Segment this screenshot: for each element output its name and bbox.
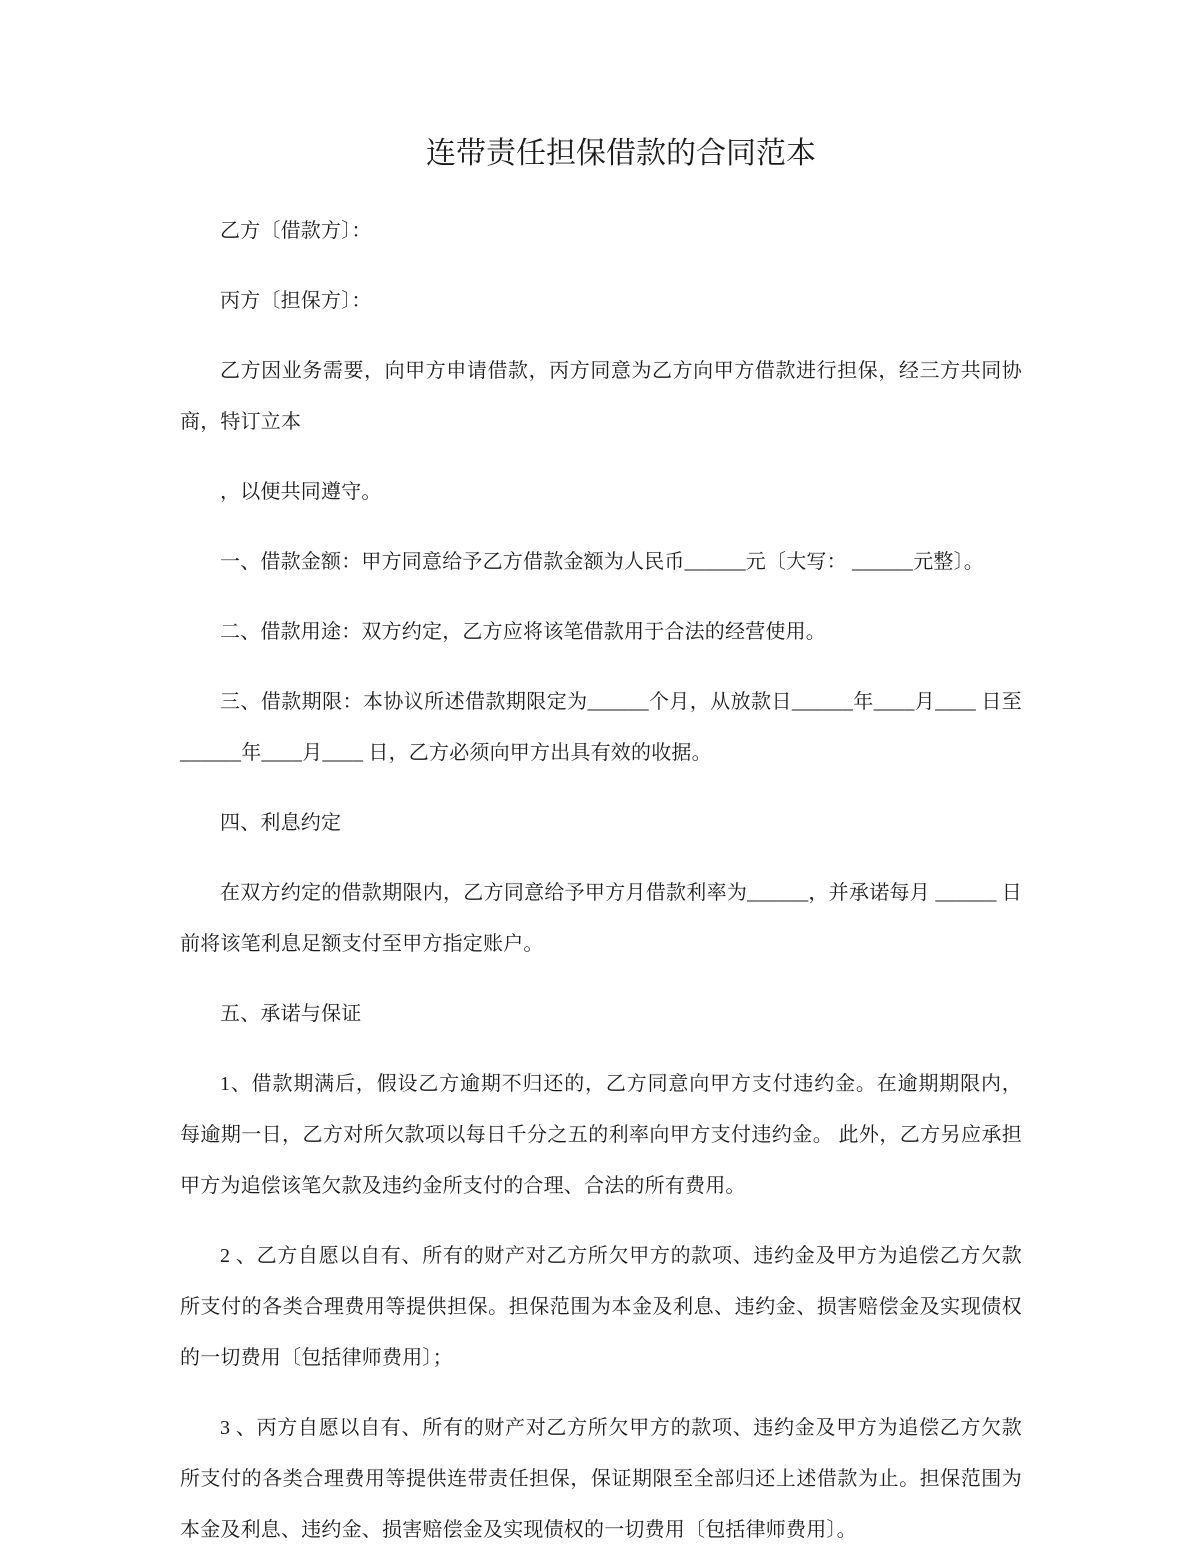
document-title: 连带责任担保借款的合同范本 xyxy=(180,132,1022,176)
contract-line-clause-1c: 甲方为追偿该笔欠款及违约金所支付的合理、合法的所有费用。 xyxy=(180,1161,1022,1212)
contract-line-section-4: 四、利息约定 xyxy=(180,798,1022,849)
contract-line-interest-1: 在双方约定的借款期限内，乙方同意给予甲方月借款利率为______，并承诺每月 _… xyxy=(180,868,1022,919)
contract-line-party-b: 乙方〔借款方〕： xyxy=(180,206,1022,257)
contract-line-interest-2: 前将该笔利息足额支付至甲方指定账户。 xyxy=(180,919,1022,970)
contract-line-clause-2b: 所支付的各类合理费用等提供担保。担保范围为本金及利息、违约金、损害赔偿金及实现债… xyxy=(180,1282,1022,1333)
contract-line-clause-3b: 所支付的各类合理费用等提供连带责任担保，保证期限至全部归还上述借款为止。担保范围… xyxy=(180,1454,1022,1505)
contract-line-clause-2c: 的一切费用〔包括律师费用〕； xyxy=(180,1333,1022,1384)
contract-line-party-c: 丙方〔担保方〕： xyxy=(180,276,1022,327)
contract-line-section-5: 五、承诺与保证 xyxy=(180,989,1022,1040)
contract-line-preamble-1: 乙方因业务需要，向甲方申请借款，丙方同意为乙方向甲方借款进行担保，经三方共同协 xyxy=(180,346,1022,397)
contract-line-section-1: 一、借款金额：甲方同意给予乙方借款金额为人民币______元〔大写： _____… xyxy=(180,537,1022,588)
contract-line-section-3b: ______年____月____ 日，乙方必须向甲方出具有效的收据。 xyxy=(180,728,1022,779)
contract-line-preamble-3: ，以便共同遵守。 xyxy=(180,467,1022,518)
contract-line-clause-1b: 每逾期一日，乙方对所欠款项以每日千分之五的利率向甲方支付违约金。 此外，乙方另应… xyxy=(180,1110,1022,1161)
contract-line-section-3a: 三、借款期限：本协议所述借款期限定为______个月，从放款日______年__… xyxy=(180,677,1022,728)
contract-line-clause-1a: 1、借款期满后，假设乙方逾期不归还的，乙方同意向甲方支付违约金。在逾期期限内， xyxy=(180,1059,1022,1110)
contract-line-clause-2a: 2 、乙方自愿以自有、所有的财产对乙方所欠甲方的款项、违约金及甲方为追偿乙方欠款 xyxy=(180,1231,1022,1282)
contract-line-section-2: 二、借款用途：双方约定，乙方应将该笔借款用于合法的经营使用。 xyxy=(180,607,1022,658)
contract-page: 连带责任担保借款的合同范本 乙方〔借款方〕： 丙方〔担保方〕： 乙方因业务需要，… xyxy=(0,0,1200,1553)
contract-line-clause-3c: 本金及利息、违约金、损害赔偿金及实现债权的一切费用〔包括律师费用〕。 xyxy=(180,1505,1022,1553)
contract-line-clause-3a: 3 、丙方自愿以自有、所有的财产对乙方所欠甲方的款项、违约金及甲方为追偿乙方欠款 xyxy=(180,1403,1022,1454)
contract-line-preamble-2: 商，特订立本 xyxy=(180,397,1022,448)
